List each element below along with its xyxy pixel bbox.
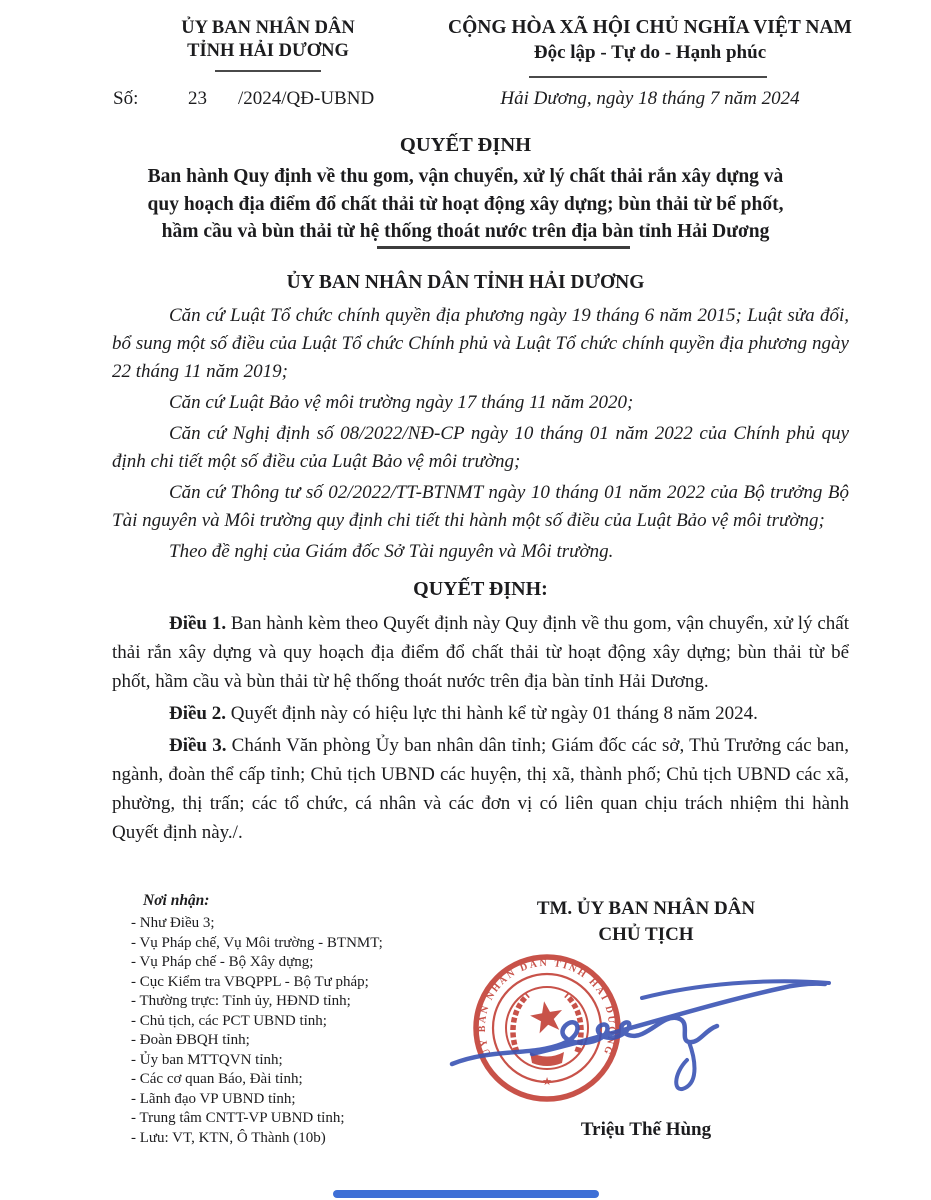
article-label: Điều 2. <box>169 703 226 724</box>
doc-number-suffix: /2024/QĐ-UBND <box>238 88 374 110</box>
article-text: Quyết định này có hiệu lực thi hành kể t… <box>226 703 758 724</box>
issuing-body-heading: ỦY BAN NHÂN DÂN TỈNH HẢI DƯƠNG <box>0 272 931 294</box>
preamble-paragraph: Căn cứ Luật Tổ chức chính quyền địa phươ… <box>112 302 849 386</box>
signing-authority: TM. ỦY BAN NHÂN DÂN CHỦ TỊCH <box>430 896 862 948</box>
document-body: Căn cứ Luật Tổ chức chính quyền địa phươ… <box>112 302 849 850</box>
motto-underline <box>529 76 767 78</box>
issuer-underline <box>215 70 321 72</box>
article-paragraph: Điều 2. Quyết định này có hiệu lực thi h… <box>112 699 849 728</box>
recipient-item: - Cục Kiểm tra VBQPPL - Bộ Tư pháp; <box>131 973 461 993</box>
article-paragraph: Điều 1. Ban hành kèm theo Quyết định này… <box>112 609 849 696</box>
issuer-line2: TỈNH HẢI DƯƠNG <box>118 40 418 63</box>
decision-heading: QUYẾT ĐỊNH: <box>112 575 849 603</box>
signing-authority-line1: TM. ỦY BAN NHÂN DÂN <box>430 896 862 922</box>
article-label: Điều 3. <box>169 735 226 756</box>
recipient-item: - Các cơ quan Báo, Đài tỉnh; <box>131 1070 461 1090</box>
recipient-item: - Thường trực: Tỉnh ủy, HĐND tỉnh; <box>131 992 461 1012</box>
preamble-paragraph: Theo đề nghị của Giám đốc Sở Tài nguyên … <box>112 538 849 566</box>
recipient-item: - Chủ tịch, các PCT UBND tỉnh; <box>131 1012 461 1032</box>
issuer-line1: ỦY BAN NHÂN DÂN <box>118 17 418 40</box>
recipient-item: - Đoàn ĐBQH tỉnh; <box>131 1031 461 1051</box>
recipients-list: - Như Điều 3; - Vụ Pháp chế, Vụ Môi trườ… <box>131 914 461 1148</box>
doc-number-row: Số: 23 /2024/QĐ-UBND Hải Dương, ngày 18 … <box>0 88 931 114</box>
preamble-paragraph: Căn cứ Nghị định số 08/2022/NĐ-CP ngày 1… <box>112 420 849 476</box>
article-paragraph: Điều 3. Chánh Văn phòng Ủy ban nhân dân … <box>112 731 849 847</box>
recipient-item: - Vụ Pháp chế, Vụ Môi trường - BTNMT; <box>131 934 461 954</box>
preamble: Căn cứ Luật Tổ chức chính quyền địa phươ… <box>112 302 849 566</box>
doc-number-value: 23 <box>188 88 207 110</box>
place-date: Hải Dương, ngày 18 tháng 7 năm 2024 <box>430 88 870 110</box>
recipient-item: - Trung tâm CNTT-VP UBND tỉnh; <box>131 1109 461 1129</box>
subtitle-line1: Ban hành Quy định về thu gom, vận chuyển… <box>60 163 871 191</box>
recipient-item: - Như Điều 3; <box>131 914 461 934</box>
preamble-paragraph: Căn cứ Luật Bảo vệ môi trường ngày 17 th… <box>112 389 849 417</box>
signature <box>437 956 837 1106</box>
recipient-item: - Lưu: VT, KTN, Ô Thành (10b) <box>131 1129 461 1149</box>
document-kind-title: QUYẾT ĐỊNH <box>0 134 931 157</box>
article-label: Điều 1. <box>169 613 226 634</box>
subtitle-line3: hầm cầu và bùn thải từ hệ thống thoát nư… <box>60 218 871 246</box>
preamble-paragraph: Căn cứ Thông tư số 02/2022/TT-BTNMT ngày… <box>112 479 849 535</box>
signing-authority-line2: CHỦ TỊCH <box>430 922 862 948</box>
doc-number-label: Số: <box>113 88 138 110</box>
recipient-item: - Vụ Pháp chế - Bộ Xây dựng; <box>131 953 461 973</box>
document-subtitle: Ban hành Quy định về thu gom, vận chuyển… <box>60 163 871 246</box>
articles: Điều 1. Ban hành kèm theo Quyết định này… <box>112 609 849 847</box>
bottom-bar <box>333 1190 599 1198</box>
recipients-heading: Nơi nhận: <box>143 892 443 910</box>
subtitle-line2: quy hoạch địa điểm đổ chất thải từ hoạt … <box>60 191 871 219</box>
motto-line1: CỘNG HÒA XÃ HỘI CHỦ NGHĨA VIỆT NAM <box>415 15 885 40</box>
recipient-item: - Lãnh đạo VP UBND tỉnh; <box>131 1090 461 1110</box>
recipient-item: - Ủy ban MTTQVN tỉnh; <box>131 1051 461 1071</box>
header-issuer: ỦY BAN NHÂN DÂN TỈNH HẢI DƯƠNG <box>118 17 418 63</box>
motto-line2: Độc lập - Tự do - Hạnh phúc <box>415 40 885 65</box>
title-underline <box>377 246 630 249</box>
header-motto: CỘNG HÒA XÃ HỘI CHỦ NGHĨA VIỆT NAM Độc l… <box>415 15 885 65</box>
signer-name: Triệu Thế Hùng <box>430 1119 862 1141</box>
